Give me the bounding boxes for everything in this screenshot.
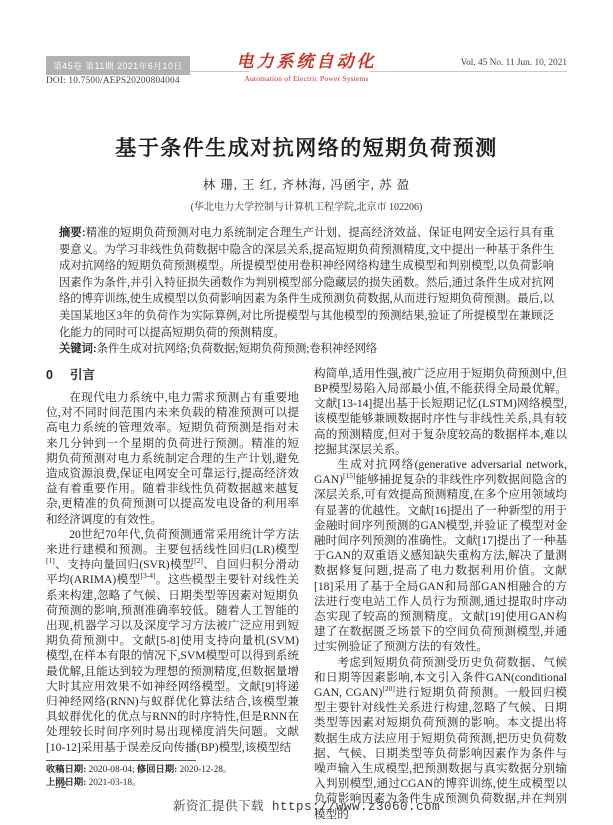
keywords-text: 条件生成对抗网络;负荷数据;短期负荷预测;卷积神经网络 <box>97 343 378 355</box>
paragraph: 在现代电力系统中,电力需求预测占有重要地位,对不同时间范围内未来负载的精准预测可… <box>46 390 299 527</box>
keywords-label: 关键词: <box>59 343 97 355</box>
two-column-layout: 0 引言 在现代电力系统中,电力需求预测占有重要地位,对不同时间范围内未来负载的… <box>46 366 567 822</box>
keywords-paragraph: 关键词:条件生成对抗网络;负荷数据;短期负荷预测;卷积神经网络 <box>59 341 554 358</box>
paragraph: 收稿日期: 2020-08-04; 修回日期: 2020-12-28。 <box>46 764 299 778</box>
paragraph: 上网日期: 2021-03-18。 <box>46 777 299 791</box>
footnote-rule <box>46 760 196 761</box>
page-number: 52 <box>55 779 67 791</box>
left-column: 0 引言 在现代电力系统中,电力需求预测占有重要地位,对不同时间范围内未来负载的… <box>46 366 299 822</box>
abstract-block: 摘要:精准的短期负荷预测对电力系统制定合理生产计划、提高经济效益、保证电网安全运… <box>59 225 554 358</box>
article-body: 基于条件生成对抗网络的短期负荷预测 林 珊, 王 红, 齐林海, 冯函宇, 苏 … <box>0 132 613 822</box>
abstract-text: 精准的短期负荷预测对电力系统制定合理生产计划、提高经济效益、保证电网安全运行具有… <box>59 227 554 339</box>
footnote-text: 收稿日期: 2020-08-04; 修回日期: 2020-12-28。上网日期:… <box>46 764 299 791</box>
affiliation-line: (华北电力大学控制与计算机工程学院,北京市 102206) <box>46 198 567 213</box>
journal-logo: 电力系统自动化 Automation of Electric Power Sys… <box>0 53 613 83</box>
section-number: 0 <box>46 368 53 383</box>
paper-page: 第45卷 第11期 2021年6月10日 DOI: 10.7500/AEPS20… <box>0 0 613 825</box>
paragraph: 构简单,适用性强,被广泛应用于短期负荷预测中,但BP模型易陷入局部最小值,不能获… <box>314 366 567 457</box>
right-column: 构简单,适用性强,被广泛应用于短期负荷预测中,但BP模型易陷入局部最小值,不能获… <box>314 366 567 822</box>
paragraph: 生成对抗网络(generative adversarial network, G… <box>314 457 567 655</box>
section-title: 引言 <box>70 368 95 383</box>
section-heading-introduction: 0 引言 <box>46 368 299 383</box>
abstract-paragraph: 摘要:精准的短期负荷预测对电力系统制定合理生产计划、提高经济效益、保证电网安全运… <box>59 225 554 341</box>
journal-name-cn: 电力系统自动化 <box>0 53 613 72</box>
journal-header: 第45卷 第11期 2021年6月10日 DOI: 10.7500/AEPS20… <box>0 0 613 100</box>
page-title: 基于条件生成对抗网络的短期负荷预测 <box>46 132 567 162</box>
watermark-text: 新资汇提供下载 https://www.z3060.com <box>0 796 613 814</box>
right-column-text: 构简单,适用性强,被广泛应用于短期负荷预测中,但BP模型易陷入局部最小值,不能获… <box>314 366 567 822</box>
left-column-text: 在现代电力系统中,电力需求预测占有重要地位,对不同时间范围内未来负载的精准预测可… <box>46 390 299 755</box>
authors-line: 林 珊, 王 红, 齐林海, 冯函宇, 苏 盈 <box>46 175 567 193</box>
footnote-block: 收稿日期: 2020-08-04; 修回日期: 2020-12-28。上网日期:… <box>46 760 299 791</box>
abstract-label: 摘要: <box>59 227 86 239</box>
paragraph: 20世纪70年代,负荷预测通常采用统计学方法来进行建模和预测。主要包括线性回归(… <box>46 527 299 755</box>
journal-name-en: Automation of Electric Power Systems <box>0 74 613 83</box>
